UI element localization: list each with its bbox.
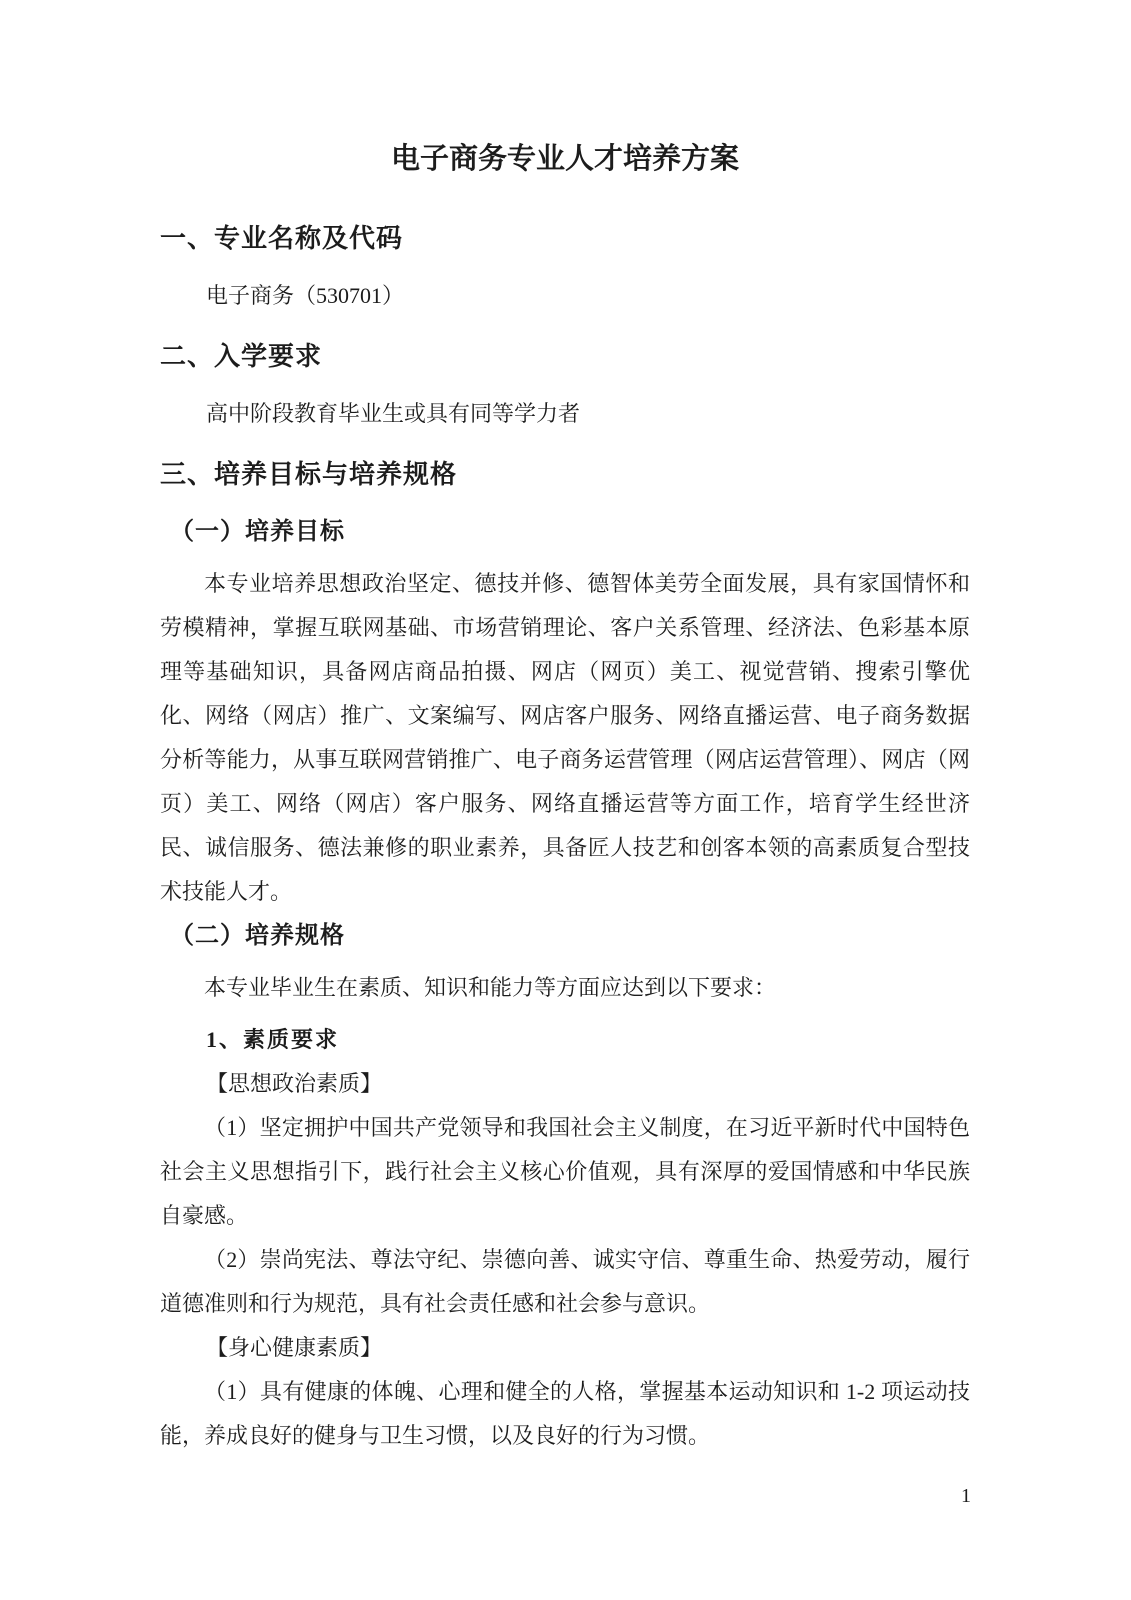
section-heading: 二、入学要求	[160, 334, 970, 378]
page-number: 1	[961, 1484, 971, 1508]
quality-category-label: 【思想政治素质】	[160, 1062, 970, 1106]
subsection-heading: （一）培养目标	[160, 510, 970, 554]
document-page: 电子商务专业人才培养方案 一、专业名称及代码电子商务（530701）二、入学要求…	[0, 0, 1131, 1600]
section-heading: 一、专业名称及代码	[160, 216, 970, 260]
subsection-heading: （二）培养规格	[160, 914, 970, 958]
section-heading: 三、培养目标与培养规格	[160, 452, 970, 496]
paragraph: （1）坚定拥护中国共产党领导和我国社会主义制度，在习近平新时代中国特色社会主义思…	[160, 1106, 970, 1238]
paragraph: 本专业培养思想政治坚定、德技并修、德智体美劳全面发展，具有家国情怀和劳模精神，掌…	[160, 562, 970, 914]
numbered-subheading: 1、素质要求	[160, 1018, 970, 1062]
paragraph: （2）崇尚宪法、尊法守纪、崇德向善、诚实守信、尊重生命、热爱劳动，履行道德准则和…	[160, 1238, 970, 1326]
paragraph: （1）具有健康的体魄、心理和健全的人格，掌握基本运动知识和 1-2 项运动技能，…	[160, 1370, 970, 1458]
body-line: 电子商务（530701）	[160, 274, 970, 318]
body-line: 高中阶段教育毕业生或具有同等学力者	[160, 392, 970, 436]
document-title: 电子商务专业人才培养方案	[160, 137, 970, 181]
document-body: 一、专业名称及代码电子商务（530701）二、入学要求高中阶段教育毕业生或具有同…	[160, 216, 970, 1458]
quality-category-label: 【身心健康素质】	[160, 1326, 970, 1370]
paragraph: 本专业毕业生在素质、知识和能力等方面应达到以下要求：	[160, 966, 970, 1010]
